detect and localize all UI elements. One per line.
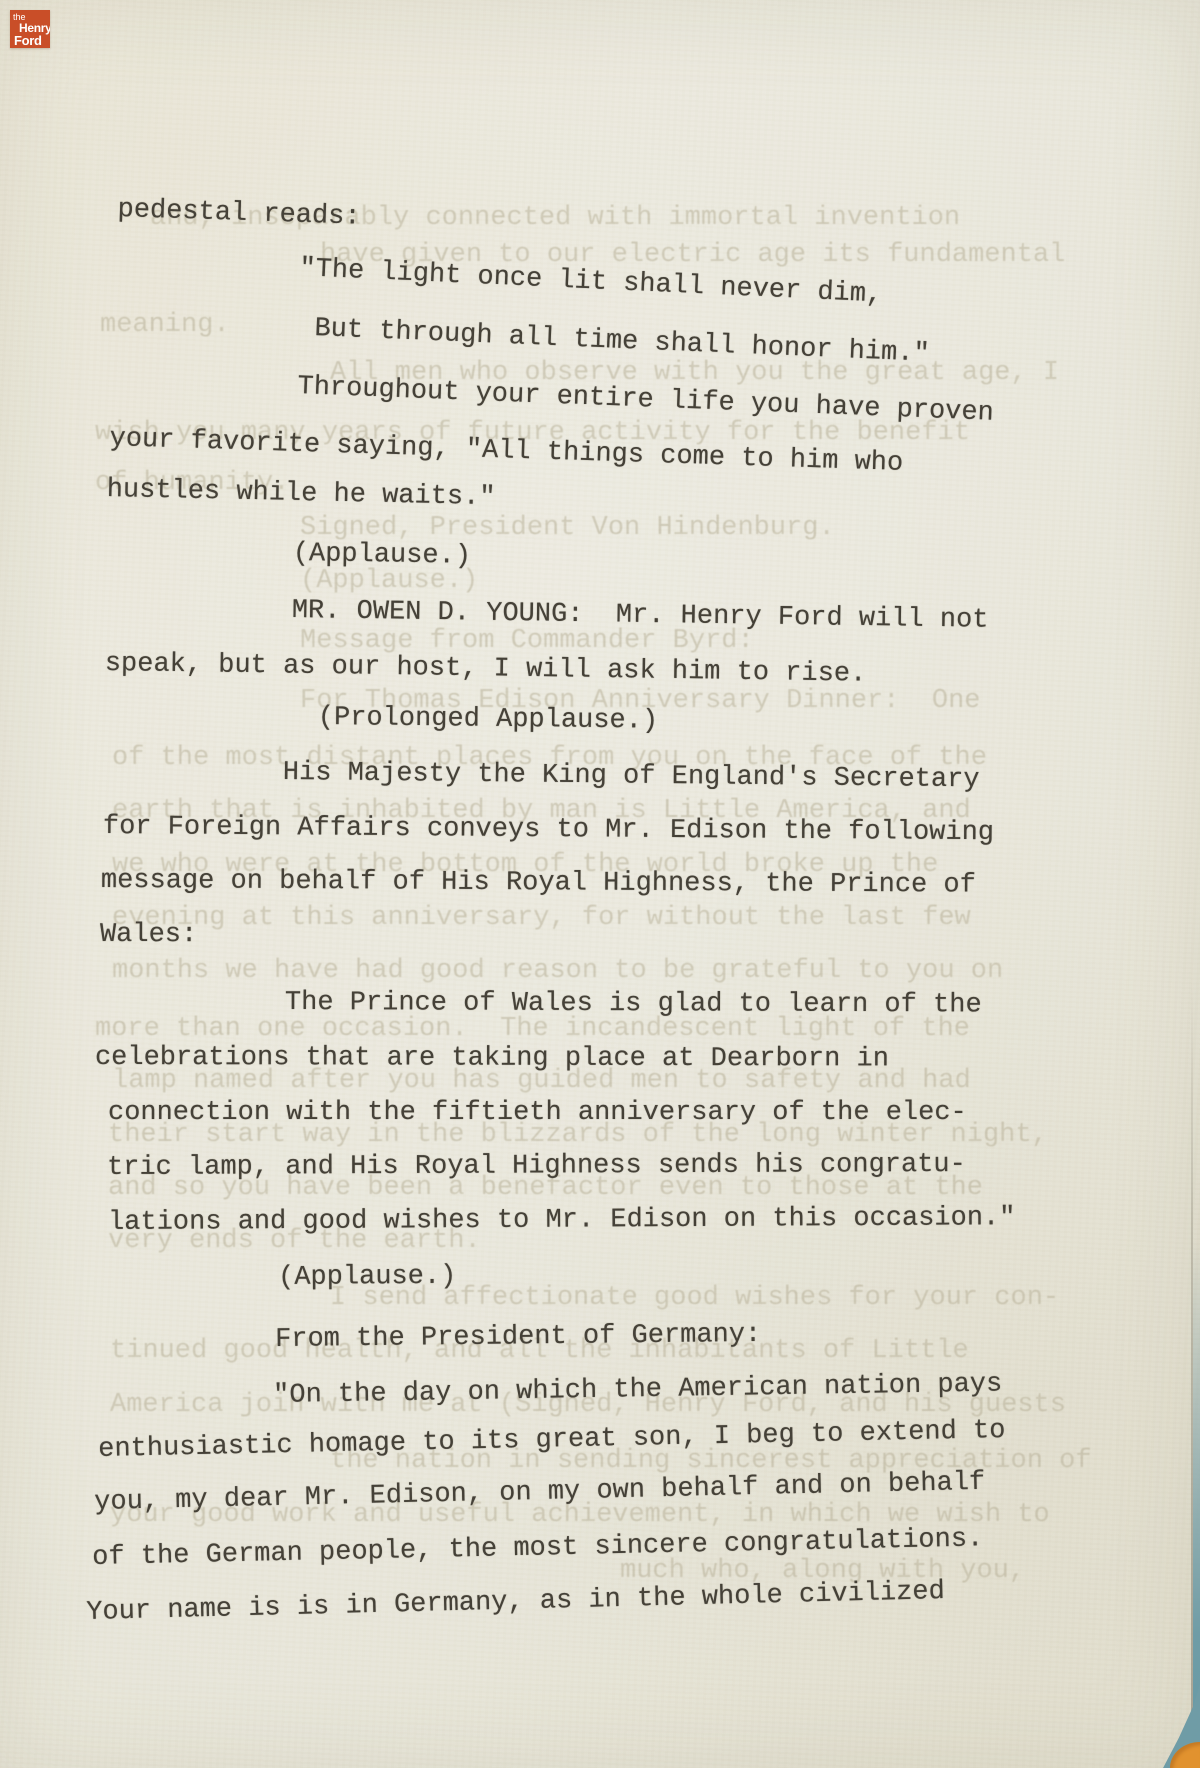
bleedthrough-line: Message from Commander Byrd:	[300, 628, 754, 655]
bleedthrough-line: meaning.	[100, 312, 230, 339]
typed-line: From the President of Germany:	[275, 1322, 761, 1354]
typed-line: message on behalf of His Royal Highness,…	[101, 868, 976, 900]
typed-line: tric lamp, and His Royal Highness sends …	[107, 1152, 966, 1182]
bleedthrough-line: evening at this anniversary, for without…	[112, 905, 971, 932]
typed-line: connection with the fiftieth anniversary…	[108, 1100, 967, 1127]
bleedthrough-line: Signed, President Von Hindenburg.	[300, 515, 835, 542]
typed-line: (Applause.)	[278, 1264, 456, 1292]
bleedthrough-line: more than one occasion. The incandescent…	[95, 1016, 970, 1043]
typed-line: Wales:	[100, 922, 197, 949]
henry-ford-logo: the Henry Ford	[10, 10, 50, 48]
scanned-document-viewport: { "page": { "description": "Scanned type…	[0, 0, 1200, 1768]
logo-text-ford: Ford	[10, 34, 50, 47]
typed-line: (Prolonged Applause.)	[318, 705, 659, 736]
typed-line: celebrations that are taking place at De…	[95, 1045, 889, 1073]
typed-line: for Foreign Affairs conveys to Mr. Ediso…	[103, 814, 994, 847]
typed-line: lations and good wishes to Mr. Edison on…	[108, 1205, 1015, 1237]
typed-line: The Prince of Wales is glad to learn of …	[285, 990, 982, 1019]
typed-line: (Applause.)	[293, 541, 472, 571]
bleedthrough-line: months we have had good reason to be gra…	[112, 958, 1003, 985]
bleedthrough-line: (Applause.)	[300, 568, 478, 595]
